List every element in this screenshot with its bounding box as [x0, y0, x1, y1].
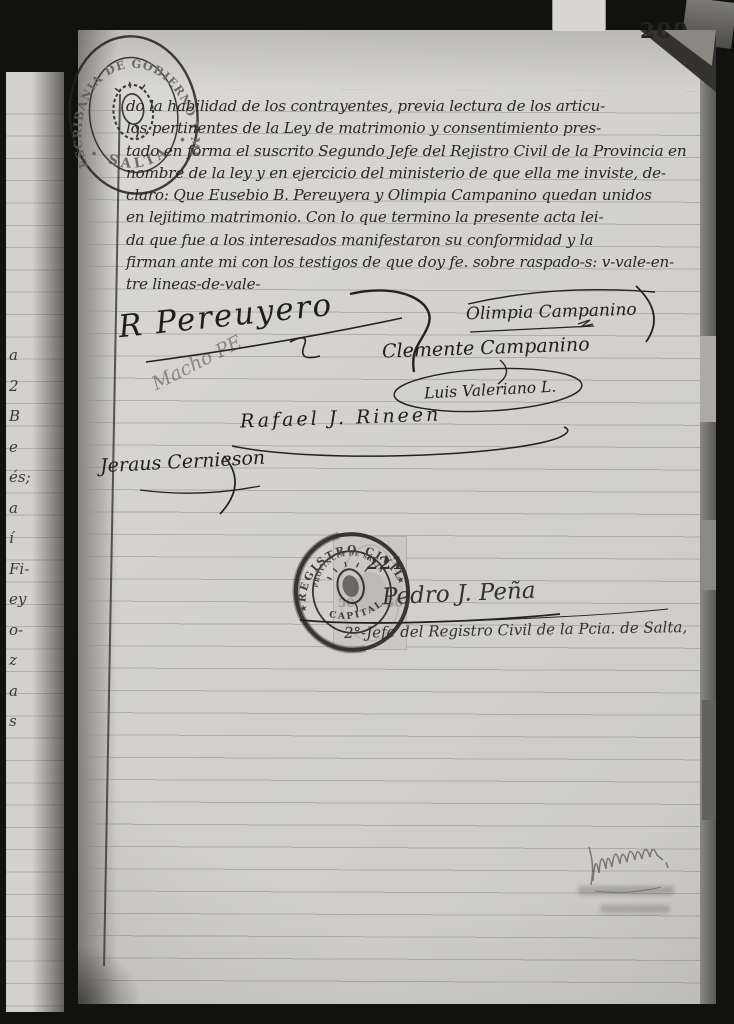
act-body-text: do la habilidad de los contrayentes, pre… [126, 95, 710, 296]
body-line: nombre de la ley y en ejercicio del mini… [126, 162, 710, 184]
previous-page-edge: a 2 B e és; a í Fi- ey o- z a s [6, 72, 64, 1012]
previous-page-gutter-shade [32, 72, 64, 1012]
body-line: do la habilidad de los contrayentes, pre… [126, 95, 710, 117]
top-tape-tab [552, 0, 606, 31]
pencil-scribble [575, 833, 705, 911]
letter-fragment: ey [9, 584, 31, 615]
tape-patch [701, 520, 716, 590]
letter-fragment: a [9, 493, 31, 524]
right-edge-tape [700, 30, 716, 1004]
body-line: da que fue a los interesados manifestaro… [126, 229, 710, 251]
letter-fragment: B [9, 401, 31, 432]
letter-fragment: Fi- [9, 554, 31, 585]
body-line: en lejitimo matrimonio. Con lo que termi… [126, 206, 710, 228]
letter-fragment: o- [9, 615, 31, 646]
letter-fragment: a [9, 340, 31, 371]
letter-fragment: s [9, 706, 31, 737]
tape-patch [700, 336, 716, 422]
oval-stamp-dot [92, 151, 96, 155]
letter-fragment: z [9, 645, 31, 676]
previous-page-letter-fragments: a 2 B e és; a í Fi- ey o- z a s [9, 340, 31, 737]
letter-fragment: a [9, 676, 31, 707]
tape-patch [702, 700, 716, 820]
letter-fragment: 2 [9, 371, 31, 402]
body-line: firman ante mi con los testigos de que d… [126, 251, 710, 273]
round-stamp-star-left: ★ [299, 604, 309, 616]
body-line: los pertinentes de la Ley de matrimonio … [126, 117, 710, 139]
bottom-left-page-shadow [78, 920, 168, 1004]
letter-fragment: e [9, 432, 31, 463]
body-line: tado en forma el suscrito Segundo Jefe d… [126, 140, 710, 162]
letter-fragment: és; [9, 462, 31, 493]
fiscal-stamp-number: 221 [366, 554, 405, 574]
letter-fragment: í [9, 523, 31, 554]
body-line: claro: Que Eusebio B. Pereuyera y Olimpi… [126, 184, 710, 206]
scanned-registry-page: 209 ESCRIBANIA DE GOBIERNO Y MINAS SALTA… [0, 0, 734, 1024]
